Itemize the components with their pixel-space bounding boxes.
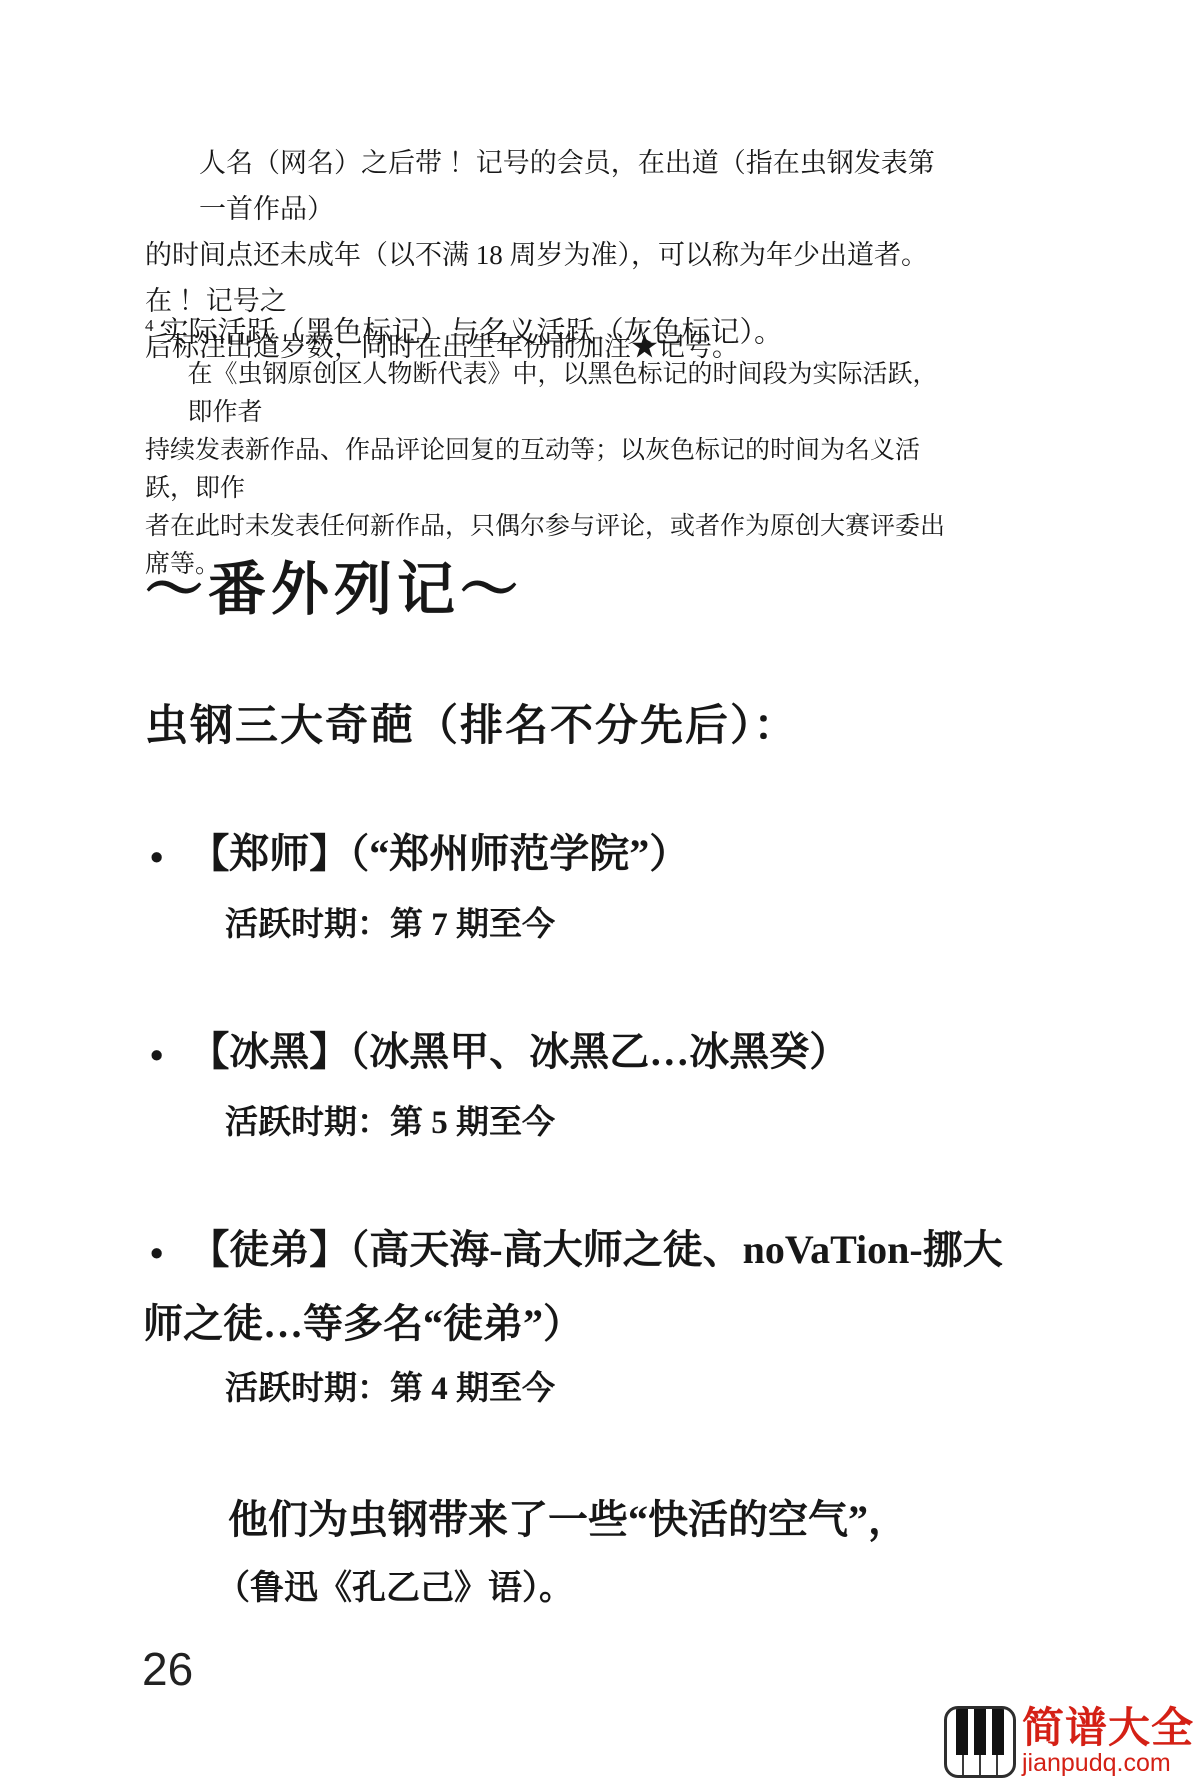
list-item: •【徒弟】（高天海-高大师之徒、noVaTion-挪大 xyxy=(150,1222,1003,1282)
watermark: 简谱大全 jianpudq.com xyxy=(944,1706,1194,1778)
footnote-title-text: 实际活跃（黑色标记）与名义活跃（灰色标记）。 xyxy=(160,317,784,349)
intro-line: 人名（网名）之后带 ！记号的会员，在出道（指在虫钢发表第一首作品） xyxy=(145,140,950,232)
item-title: 【郑师】（“郑州师范学院”） xyxy=(189,831,689,876)
item-period: 活跃时期：第 7 期至今 xyxy=(225,898,555,945)
list-item: •【郑师】（“郑州师范学院”） xyxy=(150,826,689,886)
watermark-site-url: jianpudq.com xyxy=(1022,1750,1194,1778)
watermark-text: 简谱大全 jianpudq.com xyxy=(1022,1706,1194,1778)
bullet-icon: • xyxy=(150,1226,163,1282)
bullet-icon: • xyxy=(150,830,163,886)
list-item: •【冰黑】（冰黑甲、冰黑乙…冰黑癸） xyxy=(150,1024,849,1084)
item-period: 活跃时期：第 4 期至今 xyxy=(225,1362,555,1409)
closing-line-1: 他们为虫钢带来了一些“快活的空气”， xyxy=(228,1488,908,1545)
watermark-site-name: 简谱大全 xyxy=(1022,1706,1194,1750)
footnote-marker: 4 xyxy=(145,316,154,335)
bullet-icon: • xyxy=(150,1028,163,1084)
item-title: 【冰黑】（冰黑甲、冰黑乙…冰黑癸） xyxy=(189,1029,849,1074)
footnote-title: 4实际活跃（黑色标记）与名义活跃（灰色标记）。 xyxy=(145,303,955,356)
page-number: 26 xyxy=(142,1642,193,1696)
piano-keys-icon xyxy=(944,1706,1016,1778)
item-title: 【徒弟】（高天海-高大师之徒、noVaTion-挪大 xyxy=(189,1227,1002,1272)
footnote-line: 在《虫钢原创区人物断代表》中，以黑色标记的时间段为实际活跃，即作者 xyxy=(145,356,955,432)
item-period: 活跃时期：第 5 期至今 xyxy=(225,1096,555,1143)
footnote-line: 持续发表新作品、作品评论回复的互动等；以灰色标记的时间为名义活跃，即作 xyxy=(145,432,955,508)
section-subheading: 虫钢三大奇葩（排名不分先后）： xyxy=(145,692,799,753)
section-heading: ～番外列记～ xyxy=(145,542,523,626)
item-title-continued: 师之徒…等多名“徒弟”） xyxy=(143,1296,583,1352)
closing-line-2: （鲁迅《孔乙己》语）。 xyxy=(216,1560,573,1609)
